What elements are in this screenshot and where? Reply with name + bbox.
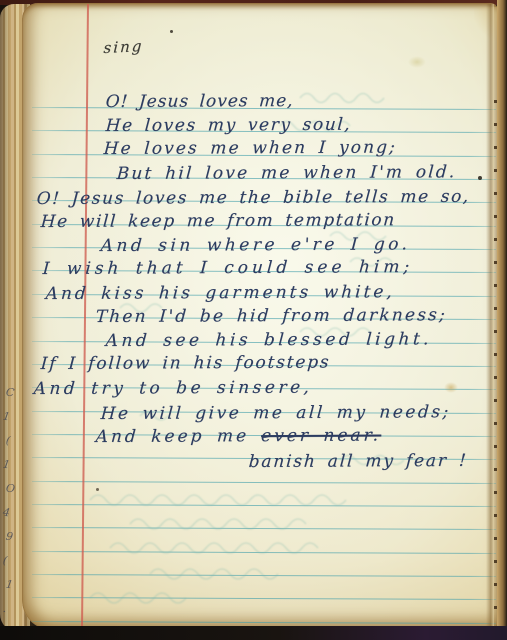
notebook-photo: C1(1O49(1. sing O! Jesus loves me, He lo… <box>0 0 507 640</box>
background-right-strip <box>497 0 507 640</box>
notebook-page <box>22 3 499 630</box>
page-crease <box>486 4 494 628</box>
background-bottom-strip <box>0 626 507 640</box>
